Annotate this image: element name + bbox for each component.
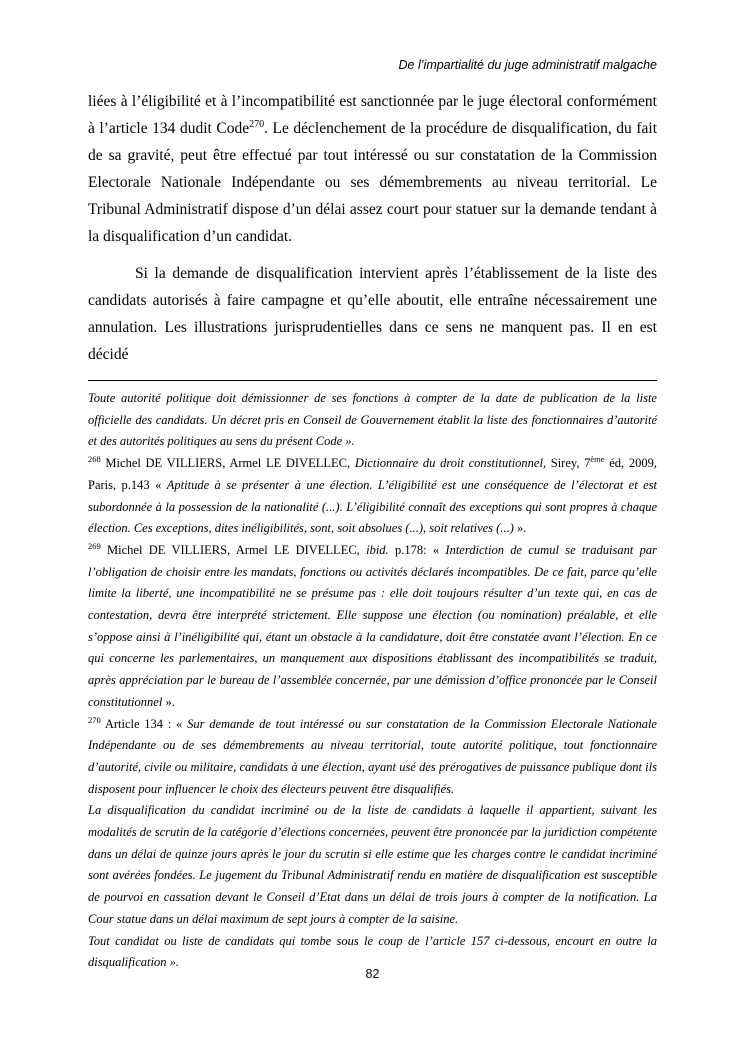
footnote-text-segment: Interdiction de cumul se traduisant par … xyxy=(88,543,657,709)
footnote-separator-rule xyxy=(88,380,657,381)
footnote-text-segment: p.178: « xyxy=(389,543,446,557)
footnote-text-segment: Dictionnaire du droit constitutionnel xyxy=(355,456,543,470)
footnote-text-segment: Aptitude à se présenter à une élection. … xyxy=(88,478,657,535)
footnote-paragraph: 270 Article 134 : « Sur demande de tout … xyxy=(88,714,657,801)
footnote-superscript: ème xyxy=(590,454,604,464)
footnote-text-segment: ». xyxy=(514,521,527,535)
page-number: 82 xyxy=(0,967,745,981)
footnote-text-segment: ibid. xyxy=(366,543,389,557)
footnote-paragraph: La disqualification du candidat incrimin… xyxy=(88,800,657,930)
footnote-text-segment: Michel DE VILLIERS, Armel LE DIVELLEC, xyxy=(101,543,366,557)
footnote-paragraph: Toute autorité politique doit démissionn… xyxy=(88,388,657,453)
footnote-text-segment: Tout candidat ou liste de candidats qui … xyxy=(88,934,657,970)
footnote-reference-270: 270 xyxy=(249,119,264,130)
footnote-text-segment: Article 134 : « xyxy=(101,717,187,731)
footnote-text-segment: ». xyxy=(162,695,175,709)
footnote-text-segment: , Sirey, 7 xyxy=(543,456,590,470)
footnote-superscript: 270 xyxy=(88,714,101,724)
footnote-paragraph: 269 Michel DE VILLIERS, Armel LE DIVELLE… xyxy=(88,540,657,714)
footnote-text-segment: Michel DE VILLIERS, Armel LE DIVELLEC, xyxy=(101,456,355,470)
body-paragraph-1-continuation: . Le déclenchement de la procédure de di… xyxy=(88,120,657,245)
footnote-paragraph: 268 Michel DE VILLIERS, Armel LE DIVELLE… xyxy=(88,453,657,540)
running-header: De l’impartialité du juge administratif … xyxy=(88,57,657,73)
body-paragraph-1: liées à l’éligibilité et à l’incompatibi… xyxy=(88,88,657,250)
document-page: De l’impartialité du juge administratif … xyxy=(0,0,745,1053)
footnote-superscript: 268 xyxy=(88,454,101,464)
footnotes-list: Toute autorité politique doit démissionn… xyxy=(88,388,657,974)
footnote-text-segment: La disqualification du candidat incrimin… xyxy=(88,803,657,926)
footnote-text-segment: Toute autorité politique doit démissionn… xyxy=(88,391,657,448)
footnote-superscript: 269 xyxy=(88,541,101,551)
body-paragraph-2: Si la demande de disqualification interv… xyxy=(88,260,657,368)
